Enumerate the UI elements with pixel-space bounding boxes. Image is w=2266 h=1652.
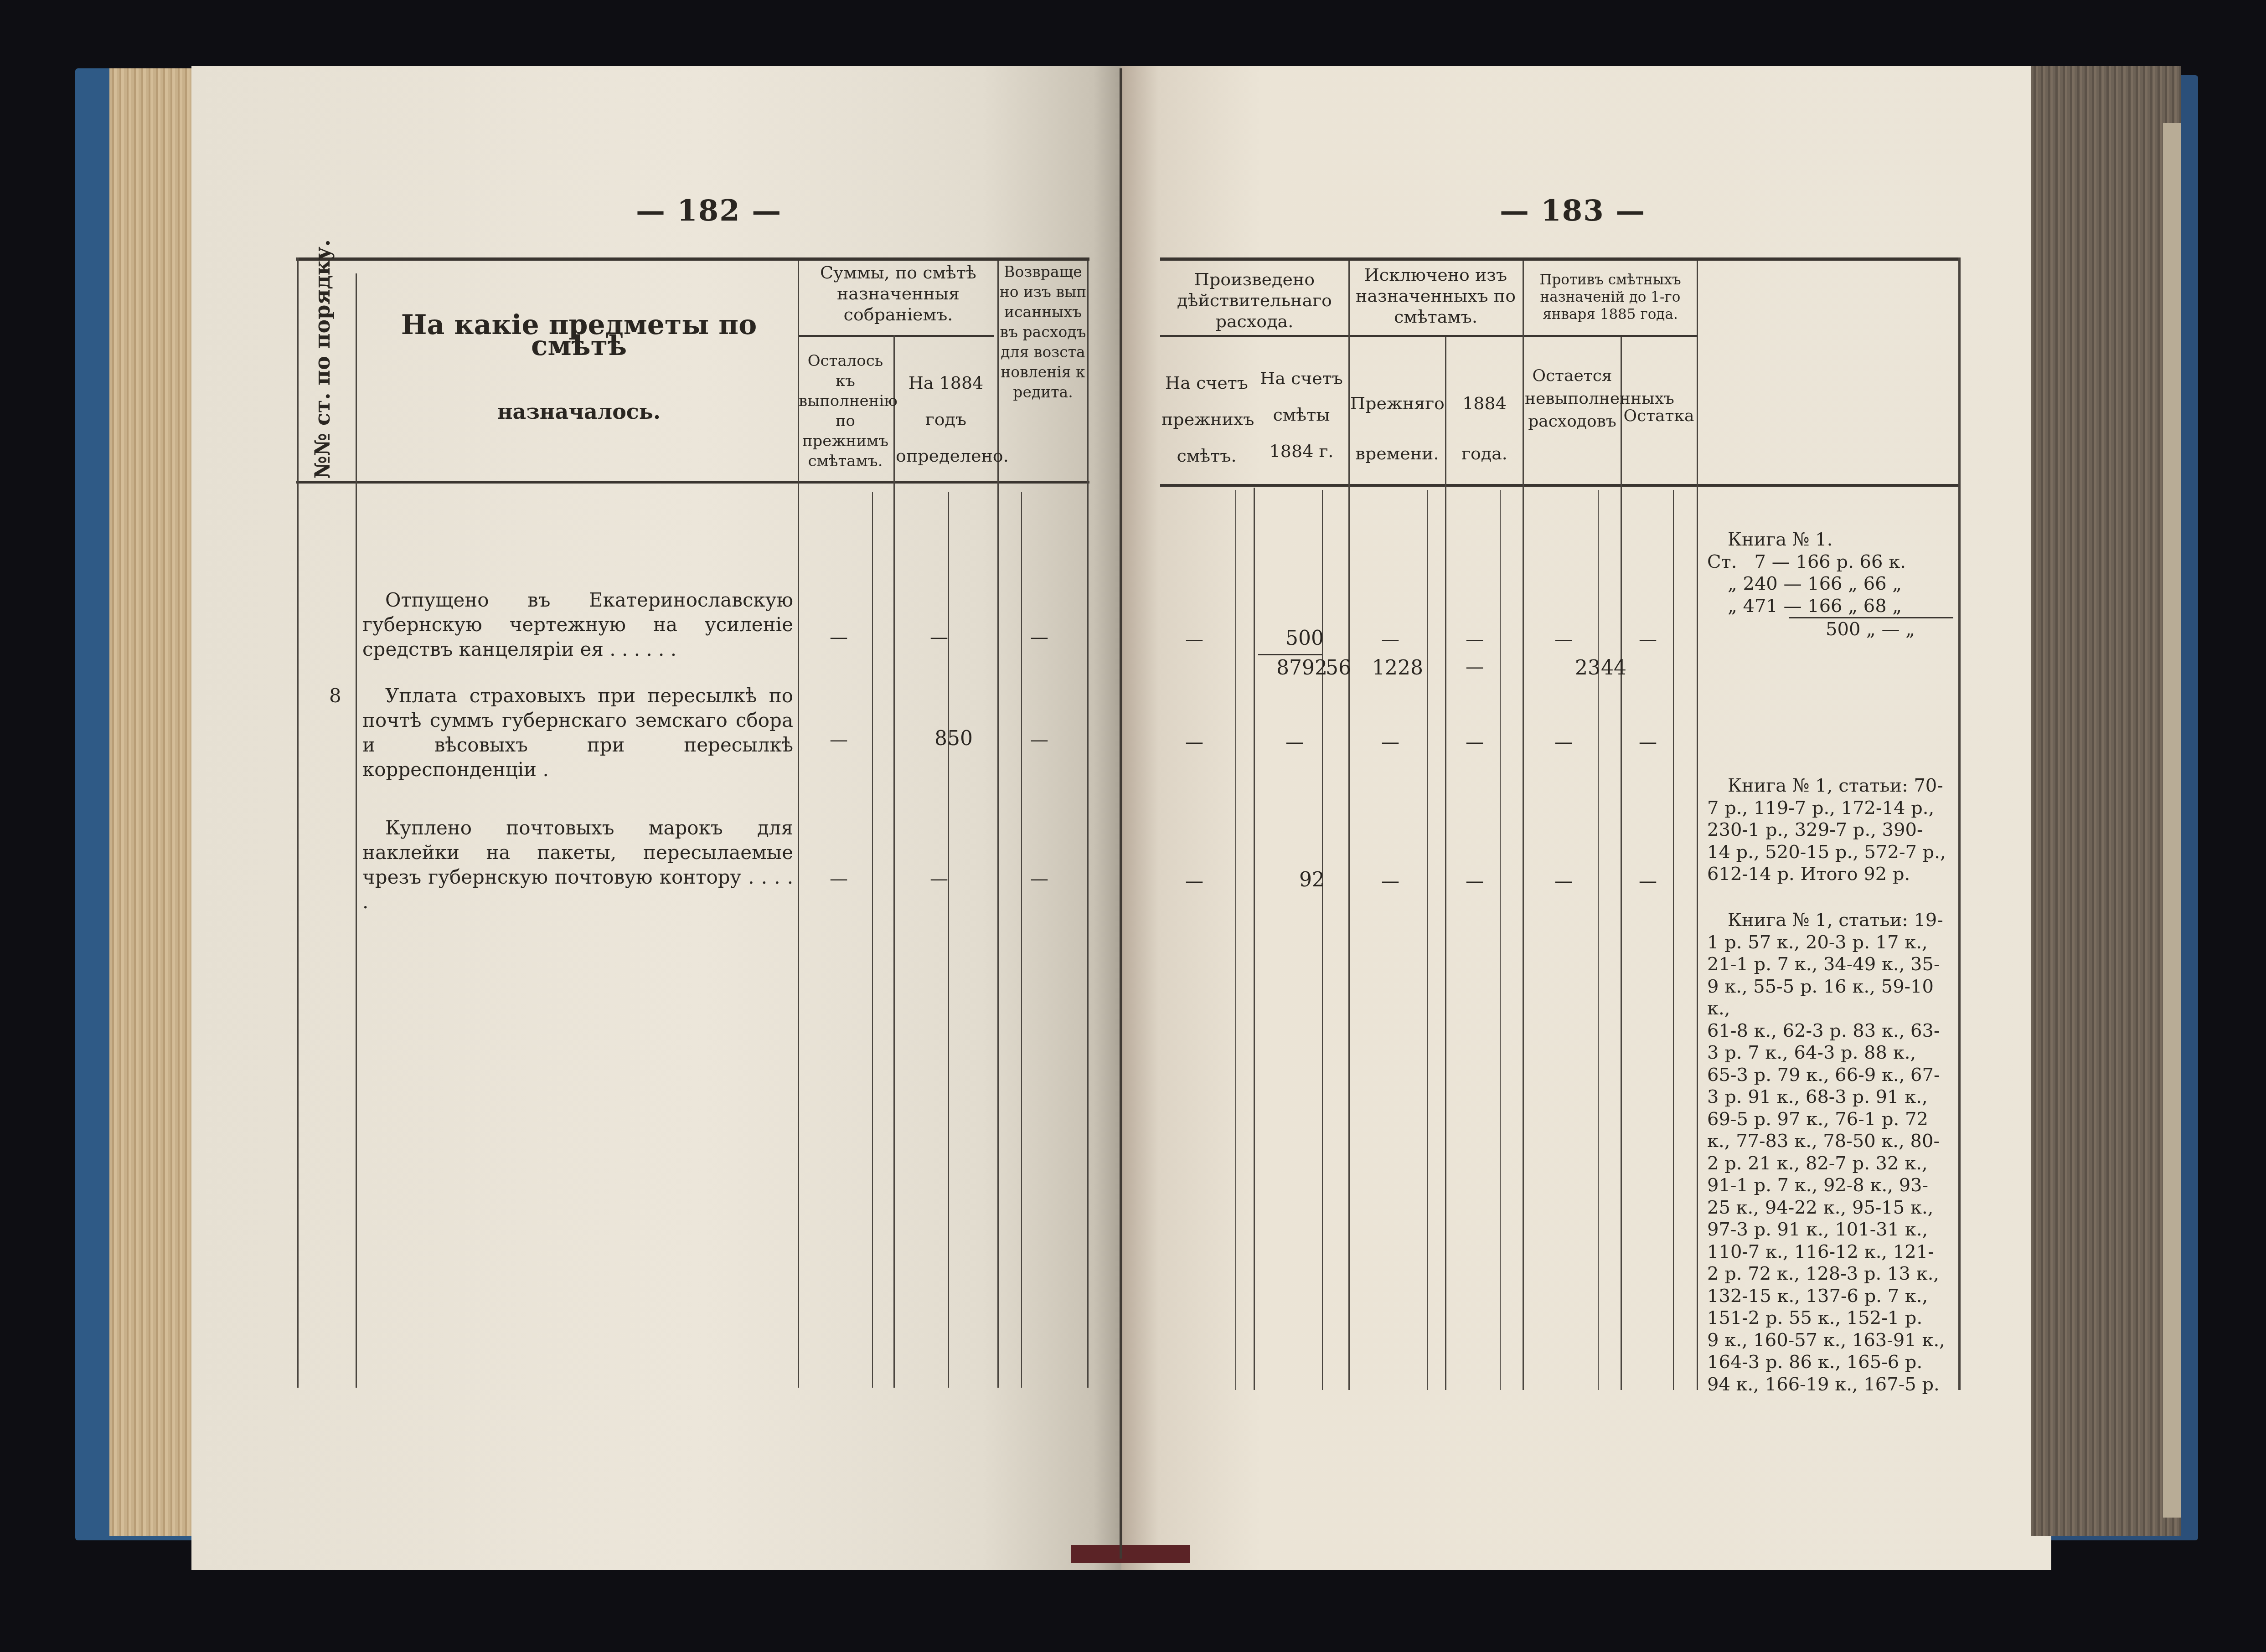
table-top-rule <box>1160 257 1960 261</box>
row-1884: — <box>930 627 948 648</box>
cell-remainder: — <box>1639 870 1657 891</box>
cell-prev-time: — <box>1381 731 1399 752</box>
header-prev-time: Прежняго времени. <box>1350 378 1444 479</box>
cell-prev-time: — <box>1381 870 1399 891</box>
subtotal-1884-kop: 56 <box>1326 656 1351 679</box>
header-1884-year: 1884 года. <box>1447 378 1522 479</box>
col-divider <box>948 492 949 1388</box>
col-divider <box>1021 492 1022 1388</box>
subtotal-1884-year: — <box>1466 656 1484 677</box>
col-divider <box>893 335 895 1388</box>
note-line: 91-1 р. 7 к., 92-8 к., 93- <box>1707 1174 1953 1197</box>
row-1884: — <box>930 868 948 889</box>
col-divider <box>1500 490 1501 1390</box>
note-line: Книга № 1, статьи: 70- <box>1707 775 1953 797</box>
group-rule <box>1160 335 1698 337</box>
col-divider <box>1427 490 1428 1390</box>
table-left-rule <box>297 257 299 1388</box>
note-line: 69-5 р. 97 к., 76-1 р. 72 <box>1707 1108 1953 1131</box>
col-divider <box>1235 490 1236 1390</box>
row-returned: — <box>1030 729 1048 750</box>
col-divider <box>1673 490 1674 1390</box>
header-returned: Возвращено изъ выписанныхъ въ расходъ дл… <box>999 262 1087 402</box>
row-remaining: — <box>830 627 848 648</box>
note-line: 2 р. 72 к., 128-3 р. 13 к., <box>1707 1263 1953 1285</box>
header-group-spent: Произведено дѣйствительнаго расхода. <box>1161 269 1347 332</box>
row-note: Книга № 1, статьи: 70- 7 р., 119-7 р., 1… <box>1707 775 1953 885</box>
note-line: 9 к., 55-5 р. 16 к., 59-10 к., <box>1707 976 1953 1020</box>
row-remaining: — <box>830 868 848 889</box>
cell-remainder: — <box>1639 629 1657 650</box>
cell-prev-estimates: — <box>1185 731 1203 752</box>
cell-prev-estimates: — <box>1185 870 1203 891</box>
sum-rule <box>1258 654 1322 655</box>
note-line: Книга № 1, статьи: 19- <box>1707 909 1953 932</box>
col-divider <box>1254 488 1255 1390</box>
cell-1884-estimate: 500 <box>1285 627 1324 650</box>
note-line: 110-7 к., 116-12 к., 121- <box>1707 1241 1953 1263</box>
header-1884: На 1884 годъ определено. <box>896 365 996 474</box>
note-line: 94 к., 166-19 к., 167-5 р. <box>1707 1374 1953 1396</box>
col-divider <box>1697 261 1698 1390</box>
col-divider <box>1348 261 1350 1390</box>
col-divider <box>997 261 999 1388</box>
header-unfulfilled: Остается невыполненныхъ расходовъ <box>1525 365 1620 433</box>
header-bottom-rule <box>1160 484 1960 487</box>
row-number: 8 <box>329 684 341 708</box>
col-divider <box>1598 490 1599 1390</box>
note-line: 1 р. 57 к., 20-3 р. 17 к., <box>1707 932 1953 954</box>
row-remaining: — <box>830 729 848 750</box>
note-line: 7 р., 119-7 р., 172-14 р., <box>1707 797 1953 819</box>
cell-1884-estimate: — <box>1285 731 1304 752</box>
row-note: Книга № 1, статьи: 19- 1 р. 57 к., 20-3 … <box>1707 909 1953 1395</box>
header-prev-estimates: На счетъ прежнихъ смѣтъ. <box>1161 365 1252 474</box>
spine-headband <box>1071 1545 1190 1563</box>
page-number-right: — 183 — <box>1500 194 1646 228</box>
col-divider <box>1087 261 1089 1388</box>
subtotal-1884-rub: 8792 <box>1276 656 1327 679</box>
col-divider <box>1445 337 1446 1390</box>
cell-prev-time: — <box>1381 629 1399 650</box>
note-line: Книга № 1. <box>1707 529 1953 551</box>
note-line: 230-1 р., 329-7 р., 390- <box>1707 819 1953 841</box>
note-line: 151-2 р. 55 к., 152-1 р. <box>1707 1307 1953 1329</box>
table-top-rule <box>296 257 1089 261</box>
note-total: 500 „ — „ <box>1707 618 1953 641</box>
note-line: 3 р. 7 к., 64-3 р. 88 к., <box>1707 1042 1953 1064</box>
col-divider <box>356 273 357 1388</box>
note-line-text: „ 471 — 166 „ 68 „ <box>1728 596 1902 617</box>
header-group-excluded: Исключено изъ назначенныхъ по смѣтамъ. <box>1350 264 1521 327</box>
header-remaining: Осталось къ выполненію по прежнимъ смѣта… <box>799 351 892 471</box>
endpaper-right <box>2163 123 2181 1518</box>
note-line: „ 240 — 166 „ 66 „ <box>1707 573 1953 595</box>
gutter <box>1120 68 1122 1559</box>
cell-prev-estimates: — <box>1185 629 1203 650</box>
header-bottom-rule <box>296 481 1089 484</box>
col-divider <box>1621 337 1622 1390</box>
note-line: Ст. 7 — 166 р. 66 к. <box>1707 551 1953 573</box>
group-rule <box>798 335 994 337</box>
note-line: 21-1 р. 7 к., 34-49 к., 35- <box>1707 953 1953 976</box>
subtotal-unfulfilled-rub: 23 <box>1575 656 1600 679</box>
header-1884-estimate: На счетъ смѣты 1884 г. <box>1256 360 1347 469</box>
cell-unfulfilled: — <box>1554 629 1573 650</box>
note-line: 61-8 к., 62-3 р. 83 к., 63- <box>1707 1020 1953 1042</box>
note-line: 97-3 р. 91 к., 101-31 к., <box>1707 1219 1953 1241</box>
note-line: 3 р. 91 к., 68-3 р. 91 к., <box>1707 1086 1953 1108</box>
header-group-against: Противъ смѣтныхъ назначеній до 1-го янва… <box>1525 271 1696 323</box>
page-number-left: — 182 — <box>636 194 782 228</box>
row-text: Отпущено въ Екатеринославскую губернскую… <box>362 588 793 662</box>
col-divider <box>872 492 873 1388</box>
page-block-edge-right <box>2031 66 2181 1536</box>
row-returned: — <box>1030 868 1048 889</box>
subtotal-unfulfilled-kop: 44 <box>1601 656 1626 679</box>
note-line: 612-14 р. Итого 92 р. <box>1707 863 1953 885</box>
note-line: 14 р., 520-15 р., 572-7 р., <box>1707 841 1953 864</box>
col-divider <box>1322 490 1323 1390</box>
row-text: Уплата страховыхъ при пересылкѣ по почтѣ… <box>362 684 793 782</box>
table-right-rule <box>1958 257 1961 1390</box>
note-line: 2 р. 21 к., 82-7 р. 32 к., <box>1707 1153 1953 1175</box>
header-subject-line1: На какіе предметы по смѣтѣ <box>365 314 793 356</box>
cell-1884-estimate: 92 <box>1299 868 1325 891</box>
row-note: Книга № 1. Ст. 7 — 166 р. 66 к. „ 240 — … <box>1707 529 1953 641</box>
header-subject-line2: назначалось. <box>456 401 702 422</box>
note-line: 9 к., 160-57 к., 163-91 к., <box>1707 1329 1953 1352</box>
cell-1884-year: — <box>1466 870 1484 891</box>
note-line: 132-15 к., 137-6 р. 7 к., <box>1707 1285 1953 1307</box>
cell-unfulfilled: — <box>1554 731 1573 752</box>
row-text: Куплено почтовыхъ марокъ для наклейки на… <box>362 816 793 914</box>
cell-unfulfilled: — <box>1554 870 1573 891</box>
subtotal-prev-time: 1228 <box>1372 656 1423 679</box>
cell-remainder: — <box>1639 731 1657 752</box>
note-line: 25 к., 94-22 к., 95-15 к., <box>1707 1197 1953 1219</box>
row-returned: — <box>1030 627 1048 648</box>
header-group-sums: Суммы, по смѣтѣ назначенныя собраніемъ. <box>801 262 995 325</box>
note-line: к., 77-83 к., 78-50 к., 80- <box>1707 1130 1953 1153</box>
cell-1884-year: — <box>1466 629 1484 650</box>
header-remainder: Остатка <box>1622 406 1696 427</box>
header-row-number: №№ ст. по порядку. <box>310 264 335 479</box>
col-divider <box>1523 261 1524 1390</box>
page-block-edge-left <box>109 68 201 1536</box>
note-line: 164-3 р. 86 к., 165-6 р. <box>1707 1351 1953 1374</box>
note-line: „ 471 — 166 „ 68 „ <box>1789 595 1953 619</box>
cell-1884-year: — <box>1466 731 1484 752</box>
note-line: 65-3 р. 79 к., 66-9 к., 67- <box>1707 1064 1953 1086</box>
row-1884: 850 <box>934 727 973 750</box>
